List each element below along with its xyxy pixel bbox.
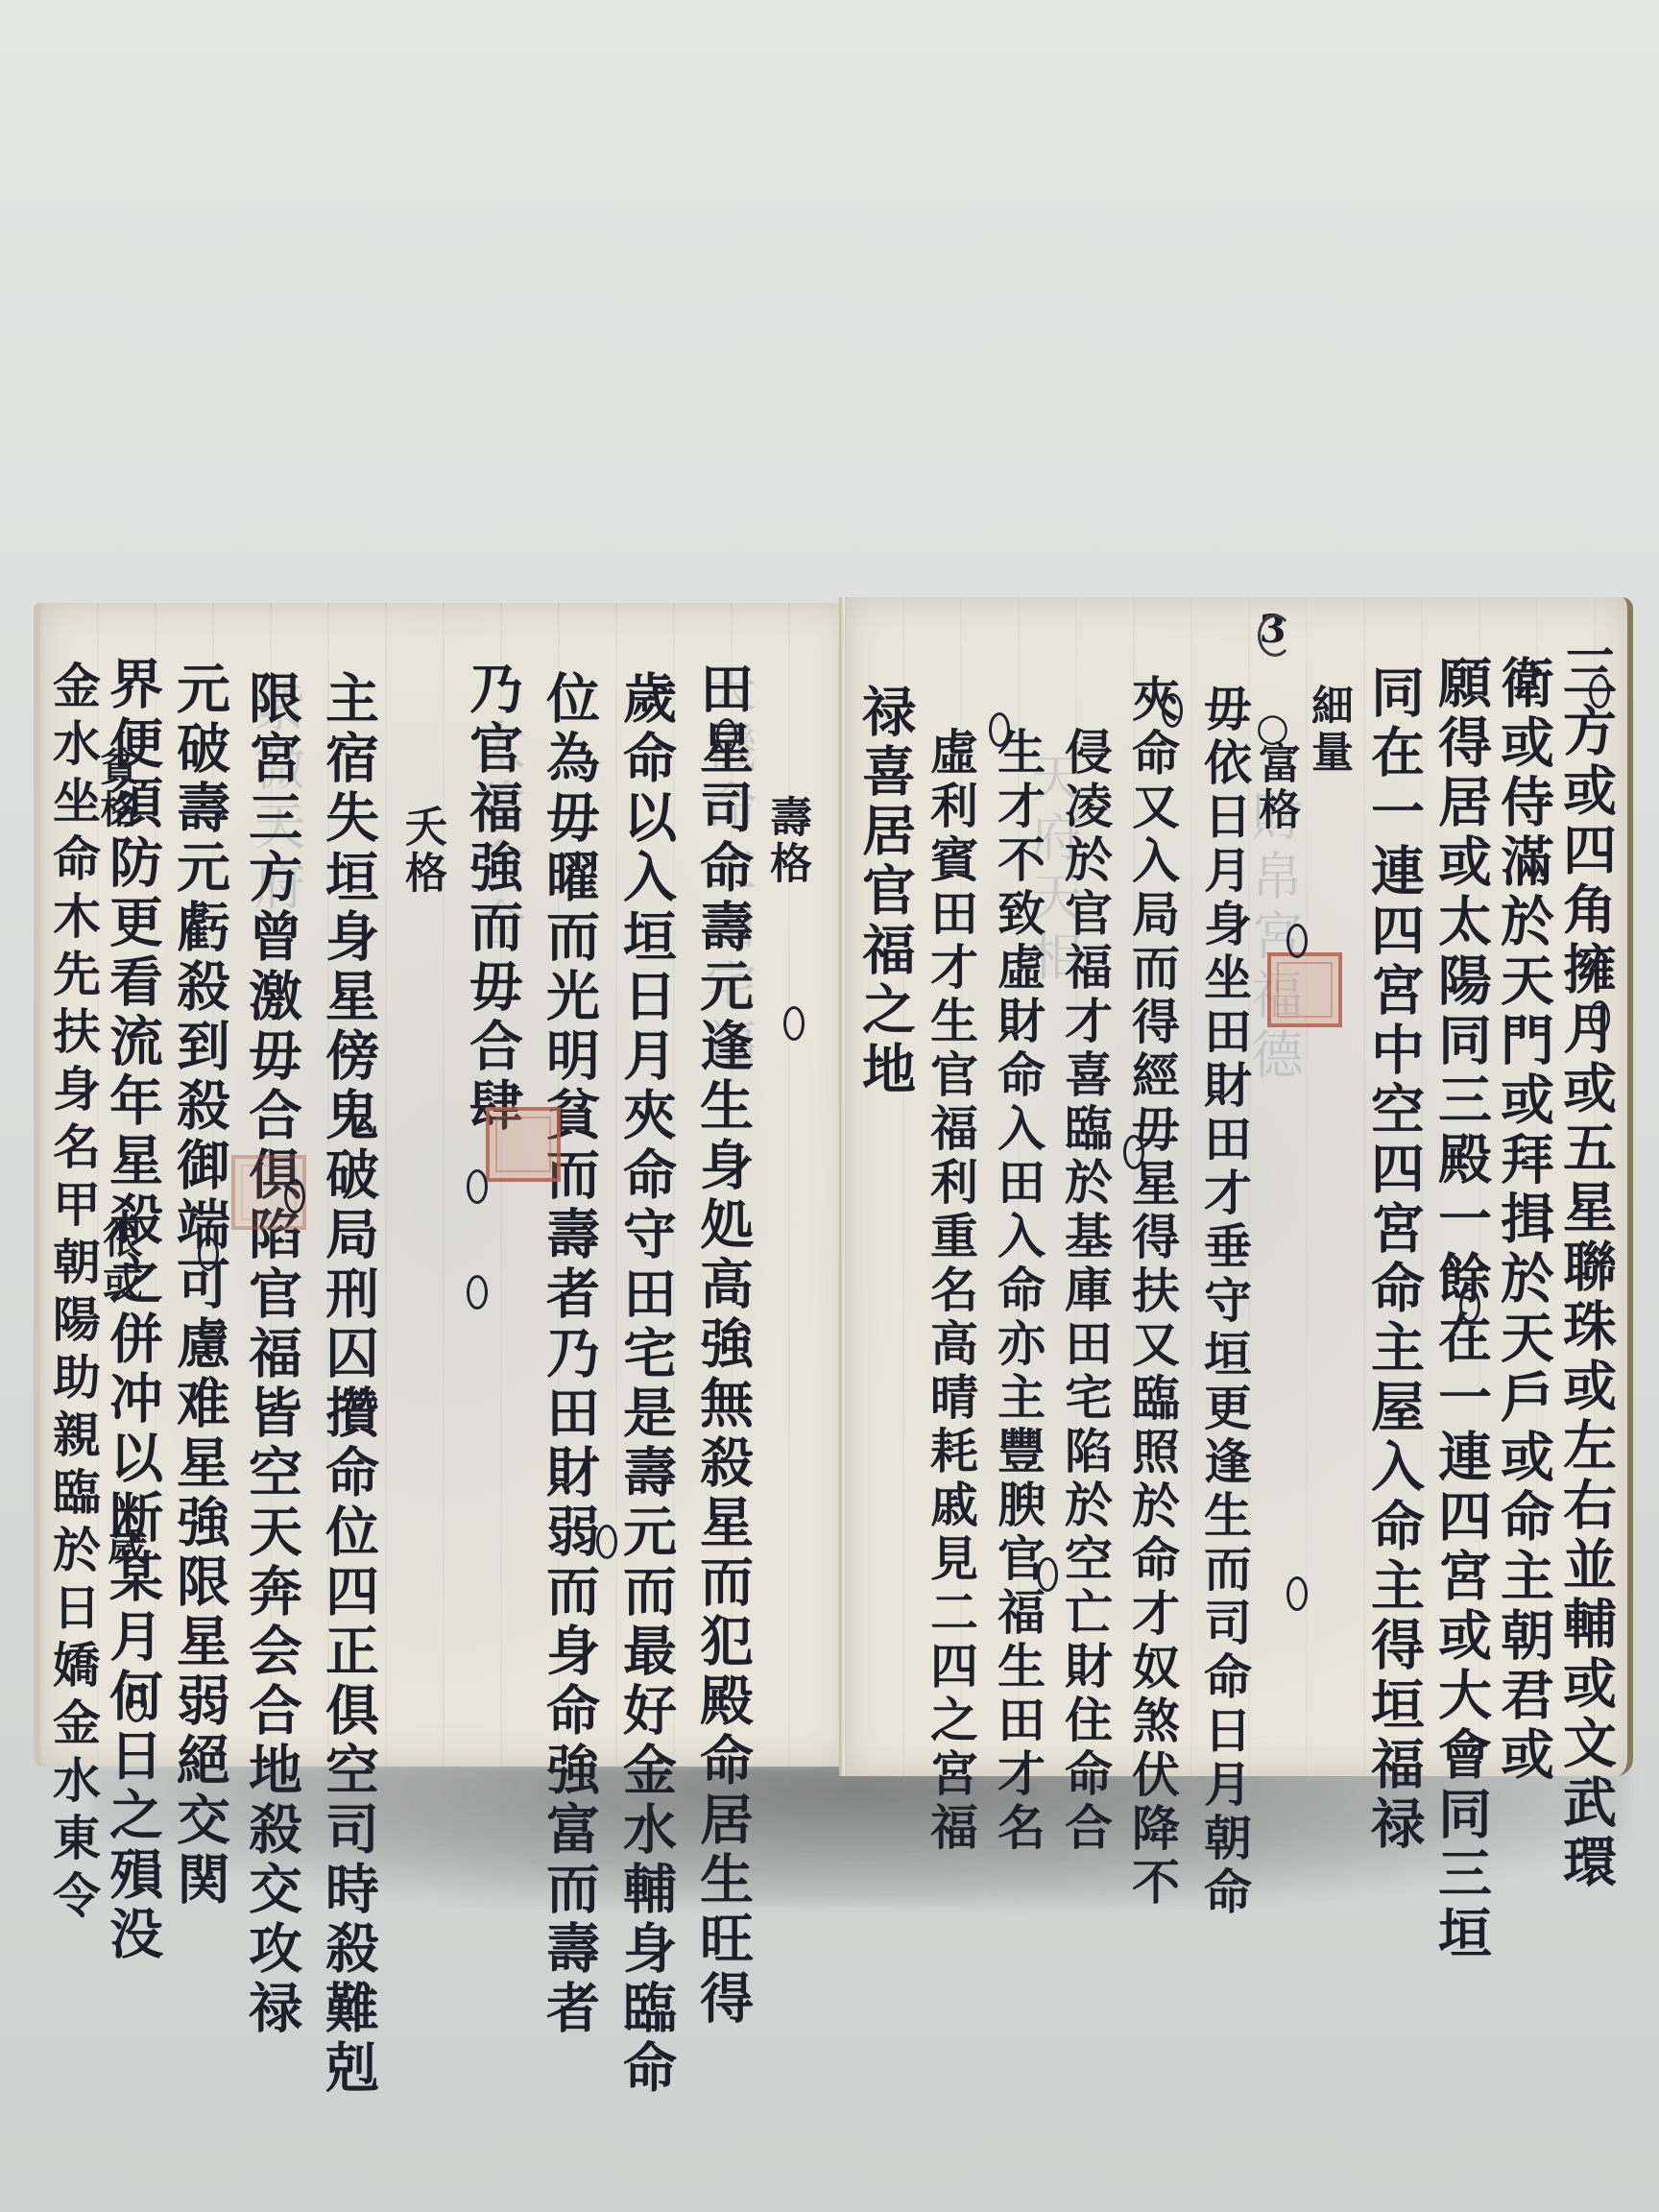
- annotation-mark: [126, 1688, 147, 1722]
- annotation-mark: [1123, 1135, 1144, 1169]
- red-seal-stamp: [486, 1107, 561, 1182]
- text-column: 元破壽元虧殺到殺御端可慮难星強限星弱絕交関: [173, 661, 227, 1911]
- text-column: 生才不致虛財命入田入命亦主豐腴官福生田才名: [994, 727, 1042, 1856]
- text-column: 衛或侍滿於天門或拜揖於天戶或命主朝君或: [1497, 655, 1551, 1786]
- annotation-mark: [1589, 1000, 1610, 1035]
- heading-poverty: 貧格: [97, 747, 135, 831]
- heading-wealth: 富格: [1254, 741, 1296, 833]
- margin-note: 很或: [100, 1217, 140, 1306]
- annotation-mark: [467, 1169, 488, 1204]
- text-column: 禄喜居官福之地: [858, 684, 912, 1100]
- text-column: 夾命又入局而得經毋星得扶又臨照於命才奴煞伏降不: [1128, 674, 1176, 1911]
- annotation-mark: [467, 1275, 488, 1310]
- text-column: 毋依日月身坐田財田才垂守垣更逢生而司命日月朝命: [1200, 684, 1248, 1920]
- text-column: 限宮三方曾激毋合俱陷官福皆空天奔会合地殺交攻禄: [245, 670, 299, 2039]
- heading-longevity: 壽格: [765, 795, 807, 887]
- text-column: 田星司命壽元逢生身処高強無殺星而犯殿命居生旺得: [696, 661, 750, 2030]
- annotation-mark: [716, 718, 737, 753]
- text-column: 侵凌於官福才喜臨於基庫田宅陷於空亡財住命合: [1061, 727, 1109, 1856]
- text-column: 虛利賓田才生官福利重名高晴耗戚見二四之宮福: [926, 727, 974, 1856]
- margin-note: 歲: [105, 1525, 145, 1569]
- annotation-mark: [989, 712, 1010, 747]
- annotation-mark: [1286, 924, 1308, 958]
- text-column: 同在一連四宮中空四宮命主屋入命主得垣福禄: [1367, 664, 1421, 1855]
- annotation-mark: [1459, 1288, 1480, 1323]
- right-page: 財帛宮福德 天府天相 3 ○ 三方或四角擁月或五星聯珠或左右並輔或文武環 衛或侍…: [845, 597, 1633, 1776]
- text-column: 三方或四角擁月或五星聯珠或左右並輔或文武環: [1559, 643, 1613, 1893]
- text-column: 主宿失垣身星傍鬼破局刑囚攢命位四正俱空司時殺難剋: [322, 670, 375, 2099]
- annotation-mark: [1589, 674, 1610, 709]
- text-column: 歲命以入垣日月夾命守田宅是壽元而最好金水輔身臨命: [619, 670, 673, 2099]
- text-column: 界便須防更看流年星殺之併冲以断某月何日之殞没: [106, 656, 159, 1965]
- heading-examine: 細量: [1307, 684, 1349, 776]
- annotation-mark: [1162, 693, 1183, 728]
- text-column: 乃官福強而毋合肆: [466, 661, 519, 1137]
- annotation-mark: [284, 1179, 305, 1214]
- text-column: 位為毋曜而光明貧而壽者乃田財弱而身命強富而壽者: [542, 670, 596, 2039]
- red-seal-stamp: [1267, 952, 1342, 1027]
- annotation-mark: [198, 1237, 219, 1271]
- left-page: 天機命主田宅福 太陰會合 紫微天府 壽格 田星司命壽元逢生身処高強無殺星而犯殿命…: [34, 603, 851, 1767]
- circle-annotation: [1258, 614, 1292, 657]
- annotation-mark: [1037, 1557, 1058, 1592]
- annotation-mark: [1286, 1576, 1308, 1611]
- text-column: 金水坐命木先扶身名甲朝陽助親臨於日嬌金水東令: [49, 661, 97, 1928]
- heading-early-death: 夭格: [400, 805, 443, 897]
- annotation-mark: [596, 1525, 617, 1559]
- annotation-mark: [783, 1006, 805, 1041]
